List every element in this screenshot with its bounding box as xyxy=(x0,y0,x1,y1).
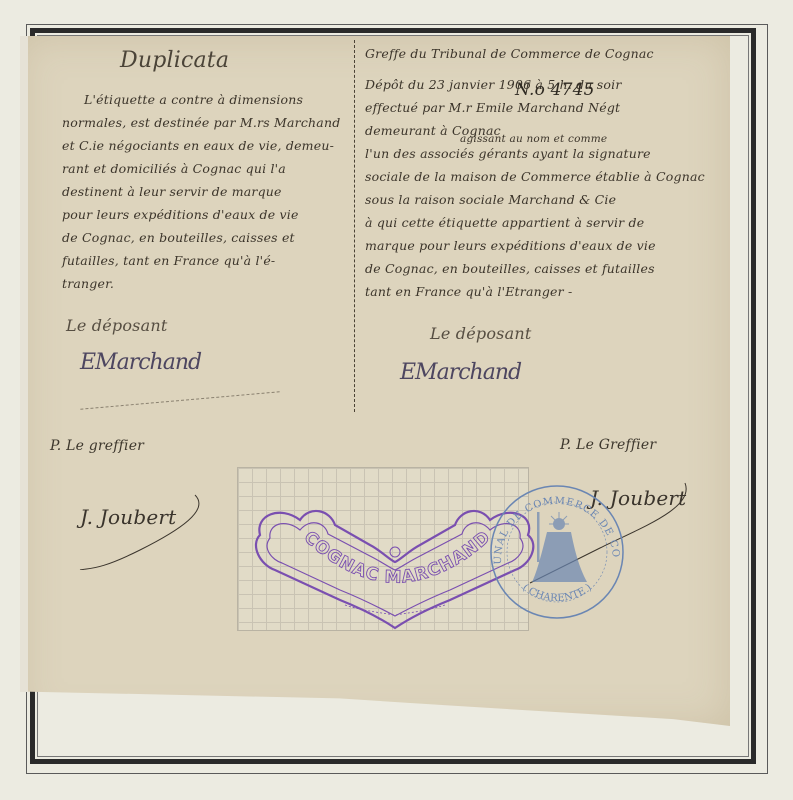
right-line: à qui cette étiquette appartient à servi… xyxy=(365,211,705,234)
right-line: tant en France qu'à l'Etranger - xyxy=(365,280,705,303)
seal-bottom-text: ( CHARENTE ) xyxy=(520,582,594,604)
right-line: sous la raison sociale Marchand & Cie xyxy=(365,188,705,211)
right-insertion-note: agissant au nom et comme xyxy=(460,133,607,145)
label-text: COGNAC MARCHAND xyxy=(300,527,495,588)
left-clerk-flourish xyxy=(70,490,210,570)
right-line: sociale de la maison de Commerce établie… xyxy=(365,165,705,188)
svg-text:( CHARENTE ): ( CHARENTE ) xyxy=(520,582,594,604)
left-column-text: L'étiquette a contre à dimensions normal… xyxy=(62,88,352,295)
deposit-number: N.o 4745 xyxy=(515,80,595,100)
left-depositor-label: Le déposant xyxy=(66,316,167,335)
liberty-figure-icon xyxy=(532,512,587,582)
column-divider xyxy=(354,40,355,412)
sheet-fold-edge xyxy=(20,36,28,692)
left-line: de Cognac, en bouteilles, caisses et xyxy=(62,226,352,249)
left-depositor-signature: EMarchand xyxy=(80,350,201,375)
right-line: Greffe du Tribunal de Commerce de Cognac xyxy=(365,42,705,65)
left-clerk-label: P. Le greffier xyxy=(50,438,144,454)
right-line: l'un des associés gérants ayant la signa… xyxy=(365,142,705,165)
right-depositor-label: Le déposant xyxy=(430,324,531,343)
left-line: pour leurs expéditions d'eaux de vie xyxy=(62,203,352,226)
tribunal-seal: TRIBUNAL DE COMMERCE DE COGNAC ( CHARENT… xyxy=(487,482,627,622)
left-line: futailles, tant en France qu'à l'é- xyxy=(62,249,352,272)
right-line: marque pour leurs expéditions d'eaux de … xyxy=(365,234,705,257)
document-title: Duplicata xyxy=(120,48,229,73)
left-line: normales, est destinée par M.rs Marchand xyxy=(62,111,352,134)
left-line: tranger. xyxy=(62,272,352,295)
right-line: de Cognac, en bouteilles, caisses et fut… xyxy=(365,257,705,280)
right-clerk-label: P. Le Greffier xyxy=(560,437,656,453)
left-line: et C.ie négociants en eaux de vie, demeu… xyxy=(62,134,352,157)
right-depositor-signature: EMarchand xyxy=(400,360,521,385)
left-line: destinent à leur servir de marque xyxy=(62,180,352,203)
svg-text:COGNAC MARCHAND: COGNAC MARCHAND xyxy=(300,527,495,588)
left-line: L'étiquette a contre à dimensions xyxy=(62,88,352,111)
left-line: rant et domiciliés à Cognac qui l'a xyxy=(62,157,352,180)
